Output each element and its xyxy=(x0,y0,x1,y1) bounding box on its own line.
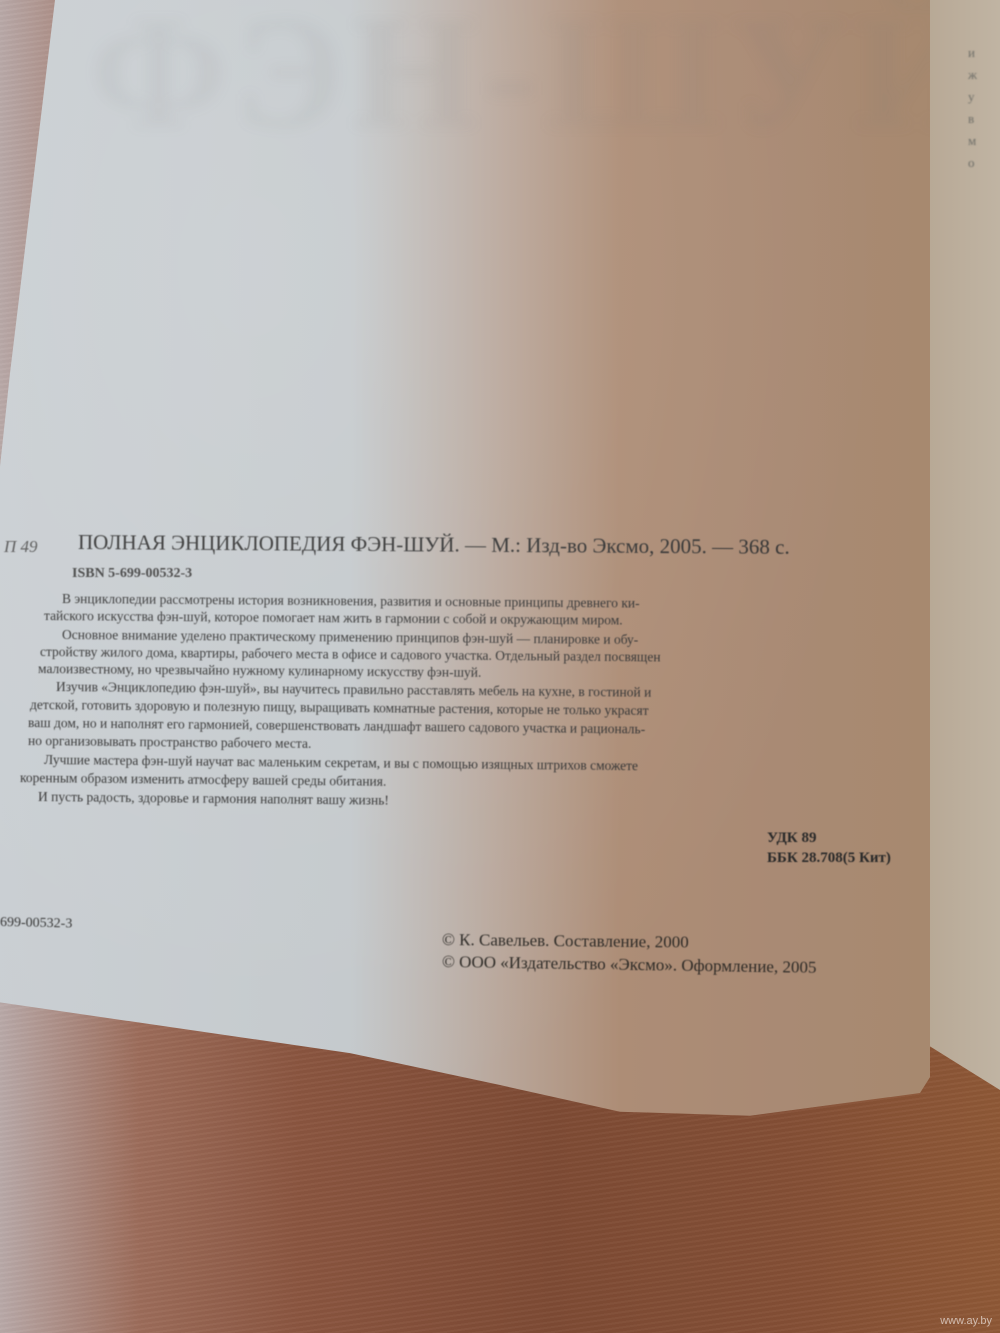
annotation-line: Основное внимание уделено практическому … xyxy=(62,627,638,648)
annotation-line: но организовывать пространство рабочего … xyxy=(28,733,311,752)
annotation-line: тайского искусства фэн-шуй, которое помо… xyxy=(44,608,623,629)
fragment: м xyxy=(968,130,1000,152)
fragment: о xyxy=(968,152,1000,174)
copyright-compiler: © К. Савельев. Составление, 2000 xyxy=(442,930,689,953)
annotation-line: стройству жилого дома, квартиры, рабочег… xyxy=(40,644,661,665)
fragment: и xyxy=(968,42,1000,64)
annotation-line: Лучшие мастера фэн-шуй научат вас малень… xyxy=(44,752,638,774)
isbn-fragment: 699-00532-3 xyxy=(0,915,72,933)
annotation-line: В энциклопедии рассмотрены история возни… xyxy=(62,591,640,612)
annotation-line: детской, готовить здоровую и полезную пи… xyxy=(30,697,649,719)
annotation-line: И пусть радость, здоровье и гармония нап… xyxy=(38,789,389,809)
site-watermark: www.ay.by xyxy=(940,1315,992,1327)
right-page-text: и ж у в м о xyxy=(968,42,1000,174)
copyright-publisher: © ООО «Издательство «Эксмо». Оформление,… xyxy=(442,952,817,978)
fragment: ж xyxy=(968,64,1000,86)
show-through-title: ФЭН-ШУЙ xyxy=(90,0,987,165)
fragment: у xyxy=(968,86,1000,108)
fragment: в xyxy=(968,108,1000,130)
annotation-line: ваш дом, но и наполнят его гармонией, со… xyxy=(28,715,645,737)
book-title-line: ПОЛНАЯ ЭНЦИКЛОПЕДИЯ ФЭН-ШУЙ. — М.: Изд-в… xyxy=(78,530,790,560)
annotation-line: малоизвестному, но чрезвычайно нужному к… xyxy=(38,661,481,681)
annotation-line: Изучив «Энциклопедию фэн-шуй», вы научит… xyxy=(56,679,651,701)
bbk-code: ББК 28.708(5 Кит) xyxy=(767,850,891,867)
isbn: ISBN 5-699-00532-3 xyxy=(72,566,192,582)
catalog-code: П 49 xyxy=(4,537,38,557)
udk-code: УДК 89 xyxy=(767,830,816,847)
annotation-line: коренным образом изменить атмосферу ваше… xyxy=(20,770,387,790)
